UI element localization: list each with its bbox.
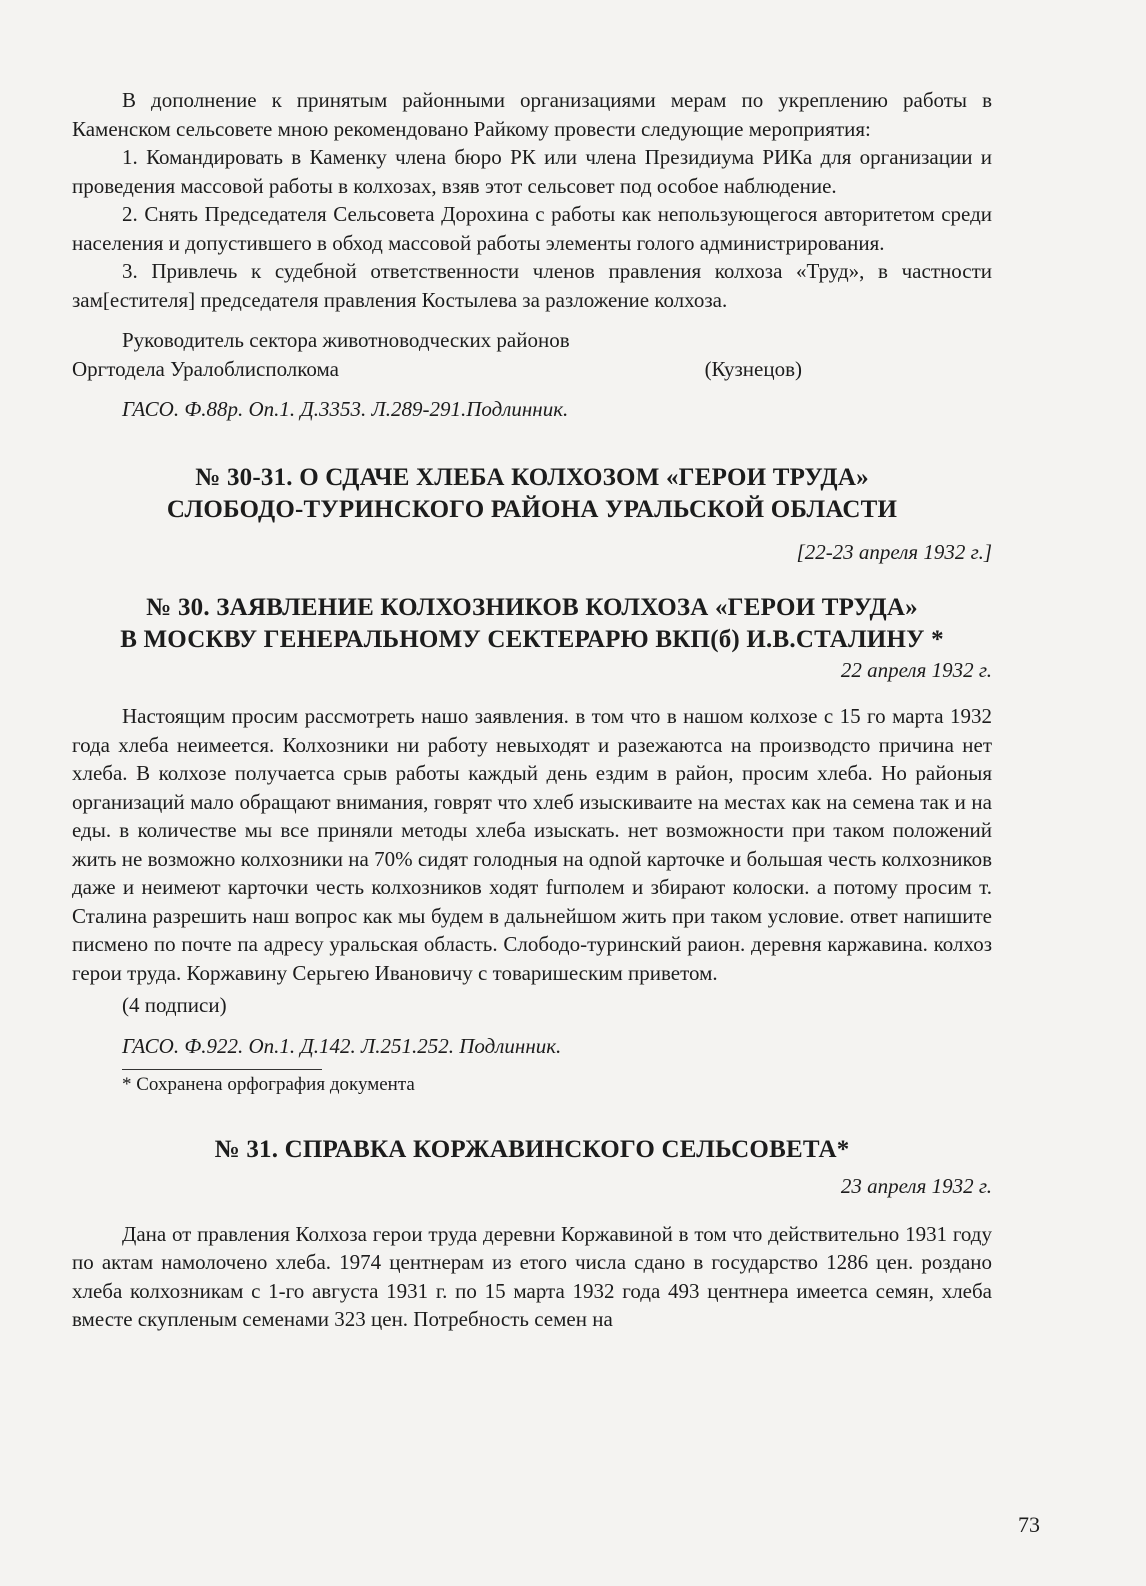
doc-31-date: 23 апреля 1932 г.: [72, 1172, 992, 1200]
signature-org: Оргтодела Уралоблисполкома: [72, 355, 992, 384]
doc-31-header: № 31. СПРАВКА КОРЖАВИНСКОГО СЕЛЬСОВЕТА* …: [72, 1134, 992, 1200]
signature-name: (Кузнецов): [705, 355, 802, 384]
doc-31-title: № 31. СПРАВКА КОРЖАВИНСКОГО СЕЛЬСОВЕТА*: [72, 1134, 992, 1166]
doc-30-date: 22 апреля 1932 г.: [72, 656, 992, 684]
doc-30-31-date: [22-23 апреля 1932 г.]: [72, 538, 992, 566]
doc-30-header: № 30. ЗАЯВЛЕНИЕ КОЛХОЗНИКОВ КОЛХОЗА «ГЕР…: [72, 592, 992, 684]
footnote-separator: [122, 1069, 322, 1070]
doc-30-31-header: № 30-31. О СДАЧЕ ХЛЕБА КОЛХОЗОМ «ГЕРОИ Т…: [72, 462, 992, 566]
doc-31-body: Дана от правления Колхоза герои труда де…: [72, 1220, 992, 1334]
page-number: 73: [1018, 1512, 1040, 1538]
doc-30-signatures: (4 подписи): [72, 991, 992, 1020]
archive-source: ГАСО. Ф.88р. Оп.1. Д.3353. Л.289-291.Под…: [72, 397, 992, 422]
doc-30-title-line1: № 30. ЗАЯВЛЕНИЕ КОЛХОЗНИКОВ КОЛХОЗА «ГЕР…: [72, 592, 992, 624]
intro-paragraph: В дополнение к принятым районными органи…: [72, 86, 992, 143]
doc-30-31-title-line1: № 30-31. О СДАЧЕ ХЛЕБА КОЛХОЗОМ «ГЕРОИ Т…: [72, 462, 992, 494]
measure-2: 2. Снять Председателя Сельсовета Дорохин…: [72, 200, 992, 257]
doc-30-body: Настоящим просим рассмотреть нашо заявле…: [72, 702, 992, 987]
signature-block: Руководитель сектора животноводческих ра…: [72, 326, 992, 383]
document-page: В дополнение к принятым районными органи…: [72, 86, 992, 1334]
doc-30-title-line2: В МОСКВУ ГЕНЕРАЛЬНОМУ СЕКТЕРАРЮ ВКП(б) И…: [72, 624, 992, 656]
footnote: * Сохранена орфография документа: [72, 1074, 992, 1096]
measure-1: 1. Командировать в Каменку члена бюро РК…: [72, 143, 992, 200]
doc-30-31-title-line2: СЛОБОДО-ТУРИНСКОГО РАЙОНА УРАЛЬСКОЙ ОБЛА…: [72, 494, 992, 526]
measure-3: 3. Привлечь к судебной ответственности ч…: [72, 257, 992, 314]
doc-30-source: ГАСО. Ф.922. Оп.1. Д.142. Л.251.252. Под…: [72, 1034, 992, 1059]
signature-title: Руководитель сектора животноводческих ра…: [72, 326, 992, 355]
